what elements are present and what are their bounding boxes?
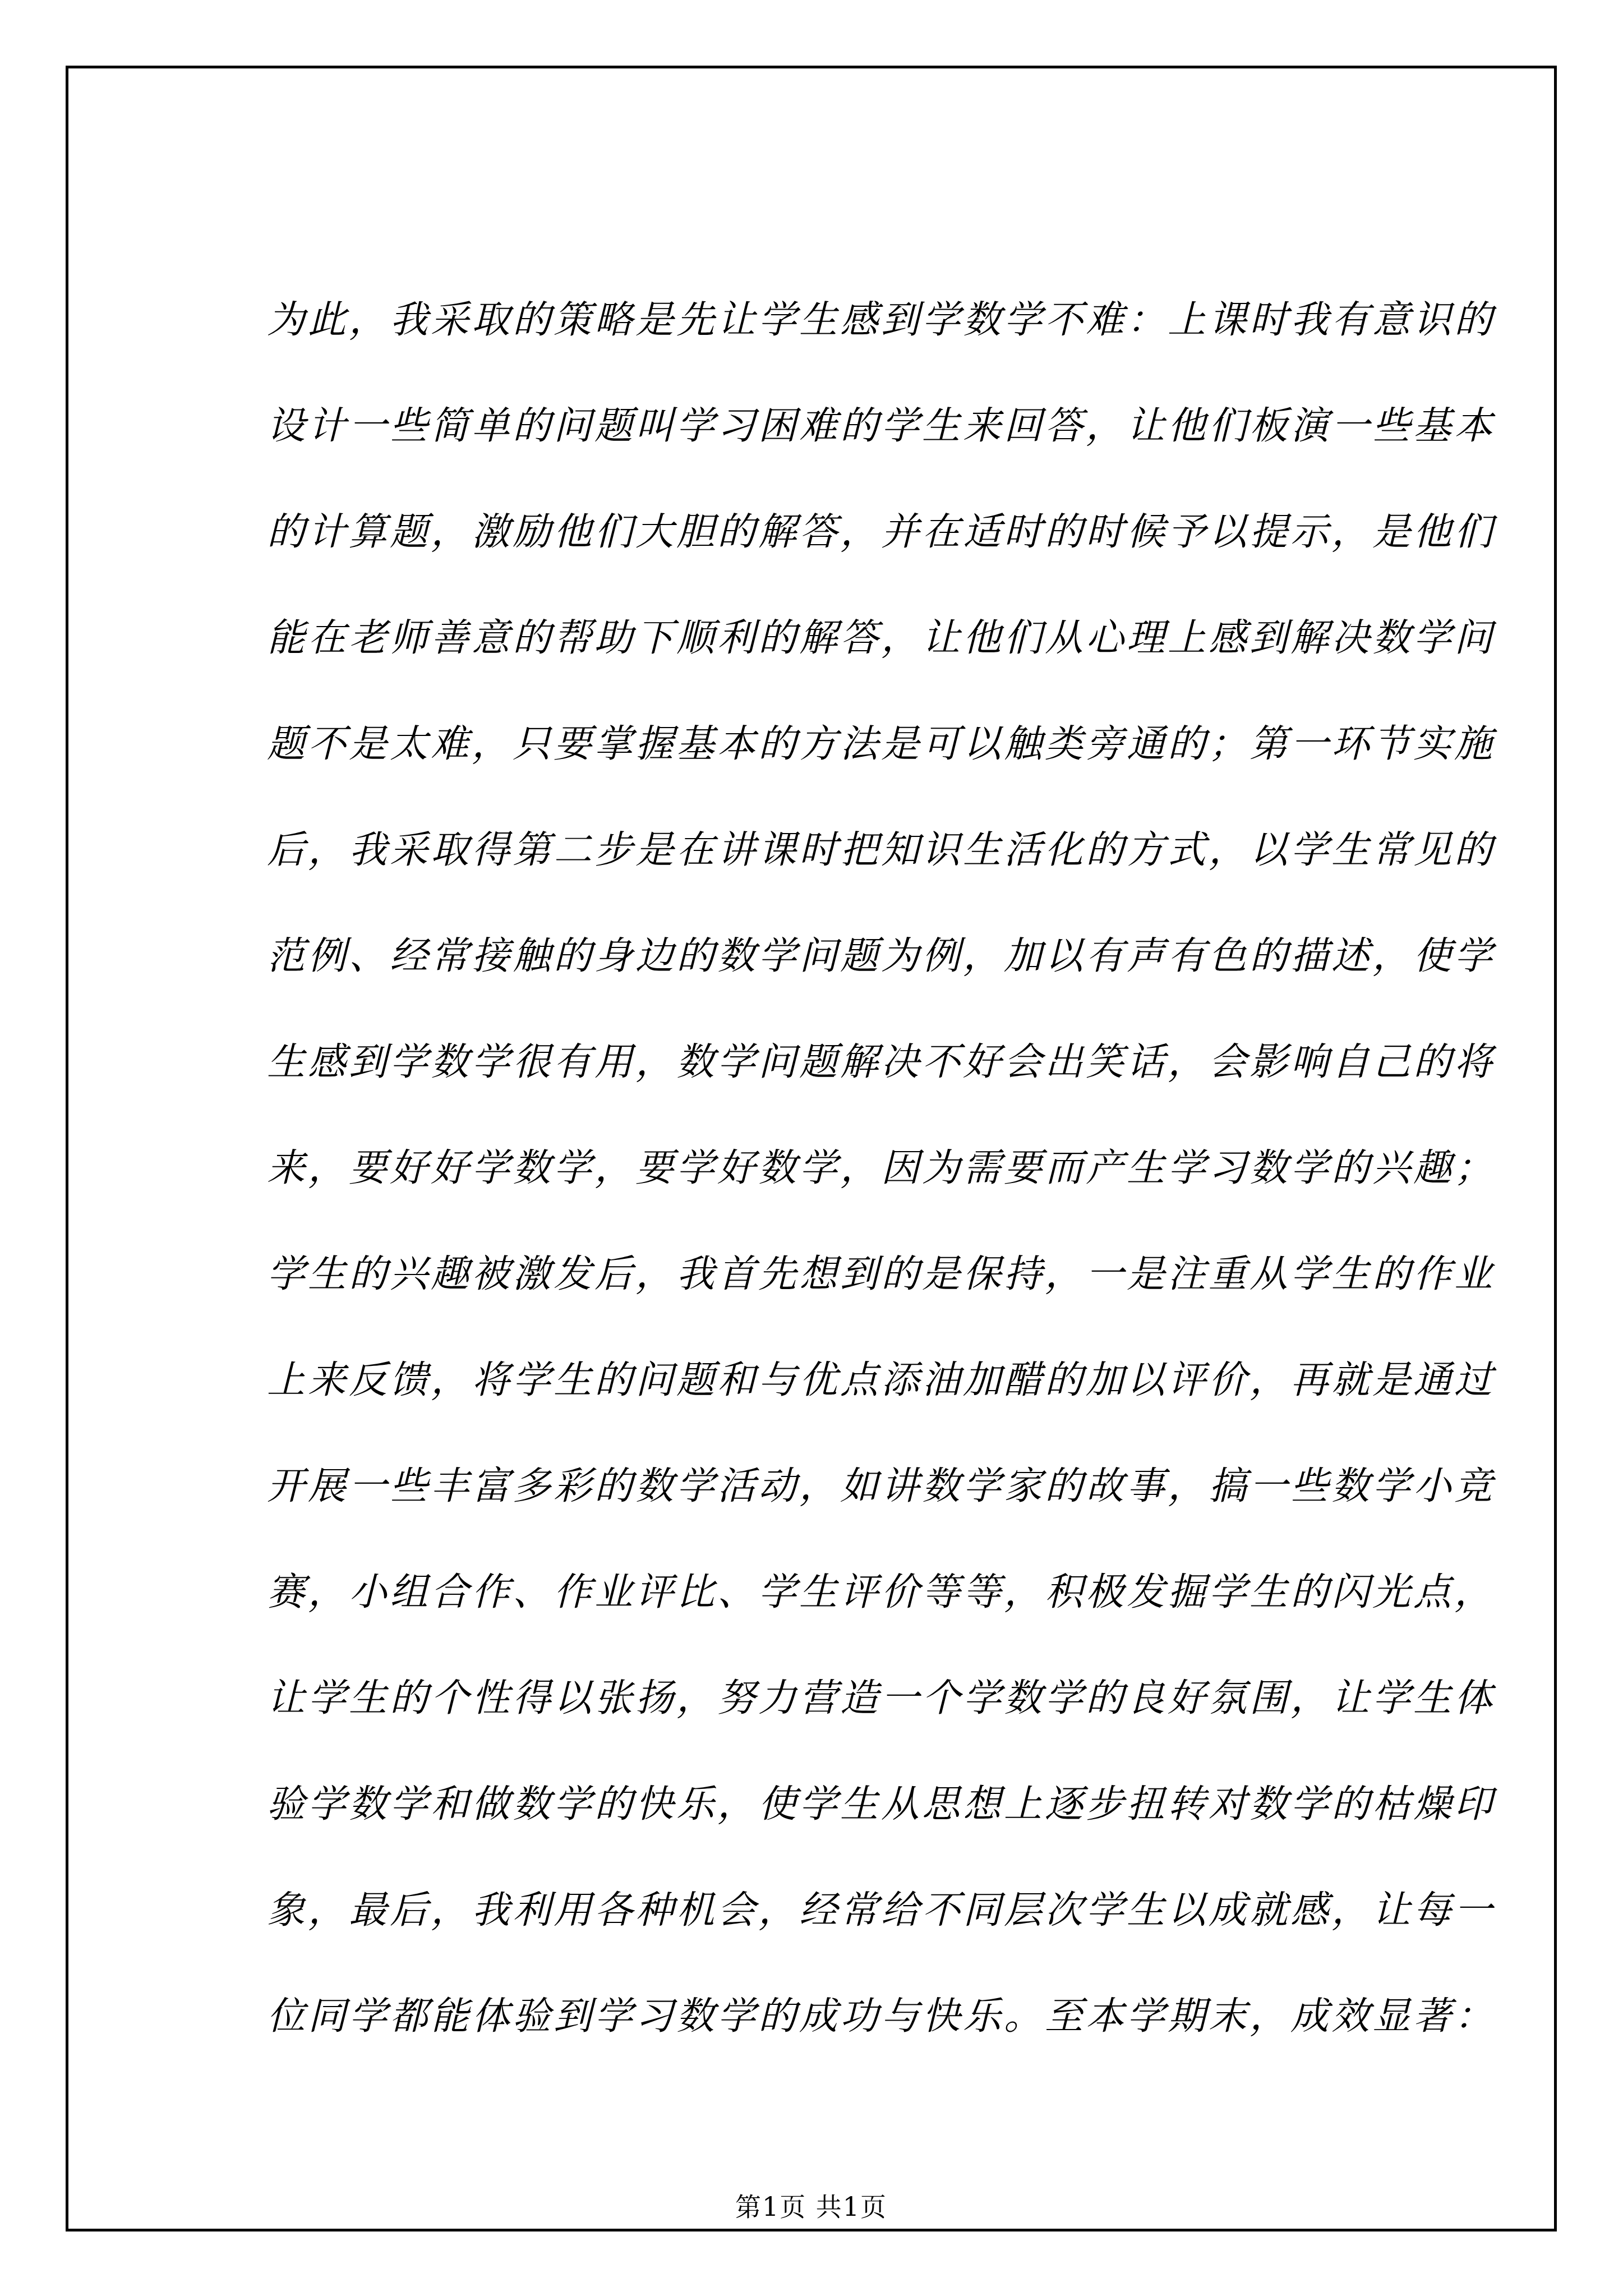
text-line-5: 题不是太难，只要掌握基本的方法是可以触类旁通的；第一环节实施 bbox=[267, 691, 1506, 797]
text-line-16: 象，最后，我利用各种机会，经常给不同层次学生以成就感，让每一 bbox=[267, 1857, 1506, 1963]
text-line-9: 来，要好好学数学，要学好数学，因为需要而产生学习数学的兴趣； bbox=[267, 1115, 1506, 1221]
body-text-block: 为此，我采取的策略是先让学生感到学数学不难：上课时我有意识的 设计一些简单的问题… bbox=[267, 267, 1506, 2069]
page-border-frame: 为此，我采取的策略是先让学生感到学数学不难：上课时我有意识的 设计一些简单的问题… bbox=[66, 66, 1557, 2231]
text-line-12: 开展一些丰富多彩的数学活动，如讲数学家的故事，搞一些数学小竞 bbox=[267, 1433, 1506, 1539]
text-line-10: 学生的兴趣被激发后，我首先想到的是保持，一是注重从学生的作业 bbox=[267, 1221, 1506, 1327]
text-line-14: 让学生的个性得以张扬，努力营造一个学数学的良好氛围，让学生体 bbox=[267, 1645, 1506, 1751]
text-line-11: 上来反馈，将学生的问题和与优点添油加醋的加以评价，再就是通过 bbox=[267, 1327, 1506, 1433]
text-line-13: 赛，小组合作、作业评比、学生评价等等，积极发掘学生的闪光点， bbox=[267, 1539, 1506, 1645]
text-line-1: 为此，我采取的策略是先让学生感到学数学不难：上课时我有意识的 bbox=[267, 267, 1506, 373]
text-line-8: 生感到学数学很有用，数学问题解决不好会出笑话，会影响自己的将 bbox=[267, 1009, 1506, 1115]
text-line-2: 设计一些简单的问题叫学习困难的学生来回答，让他们板演一些基本 bbox=[267, 373, 1506, 479]
page-number-footer: 第1页 共1页 bbox=[68, 2190, 1554, 2224]
text-line-6: 后，我采取得第二步是在讲课时把知识生活化的方式，以学生常见的 bbox=[267, 797, 1506, 903]
text-line-4: 能在老师善意的帮助下顺利的解答，让他们从心理上感到解决数学问 bbox=[267, 585, 1506, 691]
text-line-7: 范例、经常接触的身边的数学问题为例，加以有声有色的描述，使学 bbox=[267, 903, 1506, 1009]
text-line-17: 位同学都能体验到学习数学的成功与快乐。至本学期末，成效显著： bbox=[267, 1963, 1506, 2069]
text-line-15: 验学数学和做数学的快乐，使学生从思想上逐步扭转对数学的枯燥印 bbox=[267, 1751, 1506, 1857]
document-canvas: 为此，我采取的策略是先让学生感到学数学不难：上课时我有意识的 设计一些简单的问题… bbox=[0, 0, 1623, 2296]
text-line-3: 的计算题，激励他们大胆的解答，并在适时的时候予以提示，是他们 bbox=[267, 479, 1506, 585]
